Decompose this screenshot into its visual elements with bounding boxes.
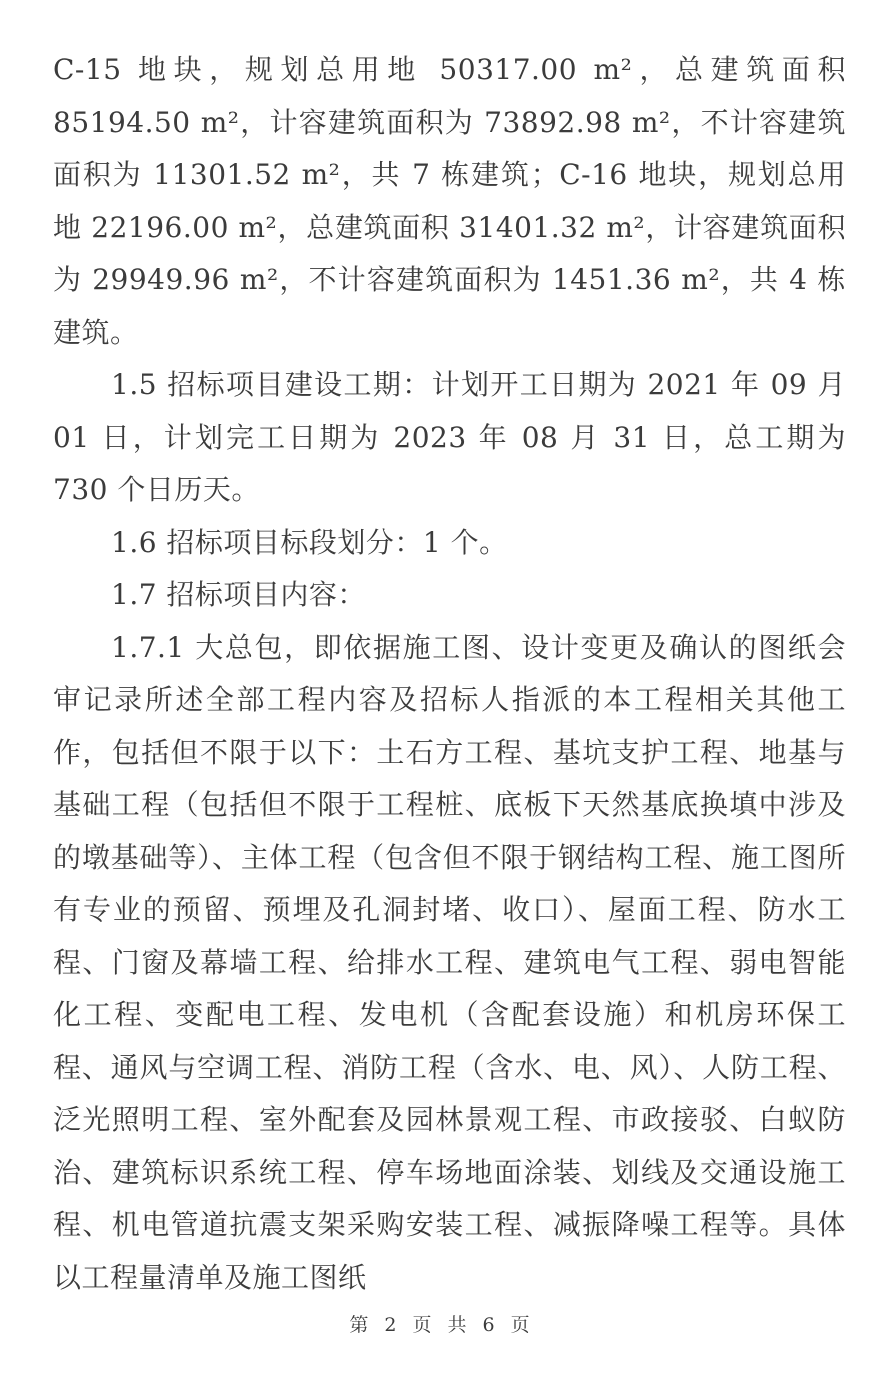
paragraph-land-plot-info: C-15 地块，规划总用地 50317.00 m²，总建筑面积 85194.50… bbox=[53, 44, 846, 359]
paragraph-1-5-construction-period: 1.5 招标项目建设工期：计划开工日期为 2021 年 09 月 01 日，计划… bbox=[53, 359, 846, 517]
document-body: C-15 地块，规划总用地 50317.00 m²，总建筑面积 85194.50… bbox=[53, 44, 846, 1304]
paragraph-1-7-project-content: 1.7 招标项目内容： bbox=[53, 569, 846, 622]
paragraph-1-6-bid-sections: 1.6 招标项目标段划分：1 个。 bbox=[53, 517, 846, 570]
page-number-footer: 第 2 页 共 6 页 bbox=[0, 1310, 884, 1337]
paragraph-1-7-1-general-contracting: 1.7.1 大总包，即依据施工图、设计变更及确认的图纸会审记录所述全部工程内容及… bbox=[53, 622, 846, 1305]
document-page: C-15 地块，规划总用地 50317.00 m²，总建筑面积 85194.50… bbox=[0, 0, 884, 1385]
